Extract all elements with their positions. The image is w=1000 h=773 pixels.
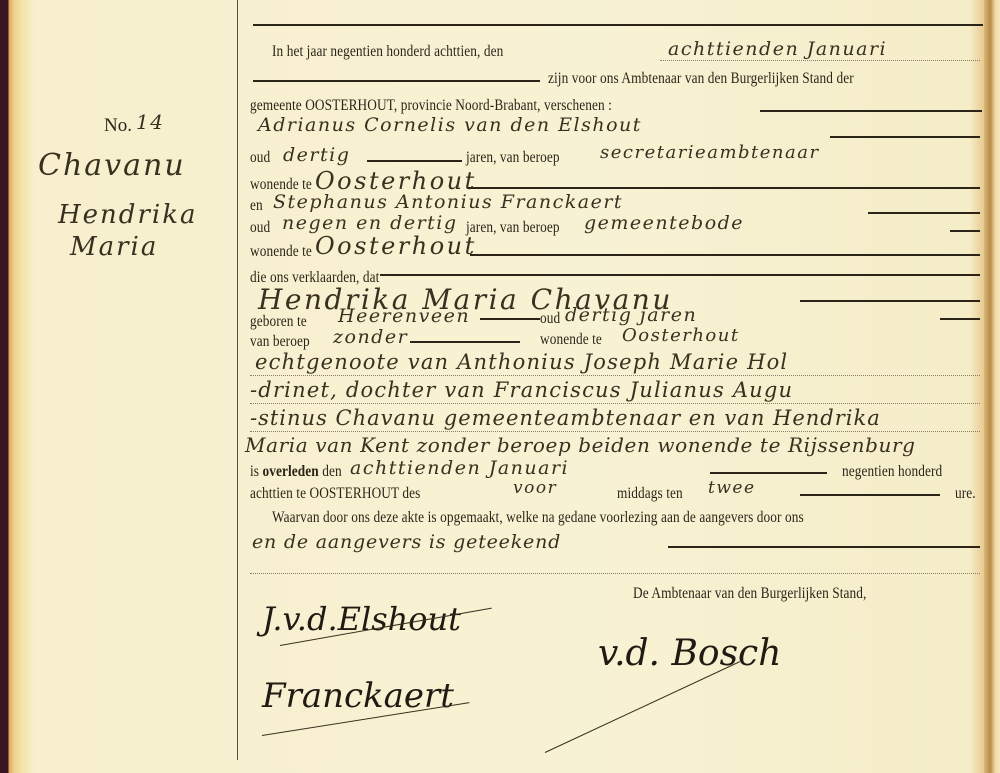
- text-eighteen-at: achttien te OOSTERHOUT des: [250, 485, 420, 503]
- text-appeared-before: zijn voor ons Ambtenaar van den Burgerli…: [548, 70, 854, 88]
- fill-line: [250, 573, 980, 574]
- hand-witness-1-occupation: secretarieambtenaar: [600, 142, 820, 163]
- rule: [367, 160, 462, 162]
- rule: [940, 318, 980, 320]
- text-age-label: oud: [250, 219, 270, 237]
- text-residing-label: wonende te: [250, 243, 312, 261]
- rule: [410, 341, 520, 343]
- text-deceased-on: is overleden den: [250, 463, 342, 481]
- hand-witness-1-name: Adrianus Cornelis van den Elshout: [258, 114, 642, 136]
- rule: [830, 136, 980, 138]
- page-fold: [984, 0, 1000, 773]
- rule: [470, 254, 980, 256]
- text-occupation-label: jaren, van beroep: [466, 219, 560, 237]
- hand-witness-2-residence: Oosterhout: [315, 232, 477, 260]
- fill-line: [250, 403, 980, 404]
- hand-death-date: achttienden Januari: [350, 457, 569, 479]
- rule: [868, 212, 980, 214]
- hand-date-declaration: achttienden Januari: [668, 38, 887, 60]
- fill-line: [250, 431, 980, 432]
- margin-given-name-1: Hendrika: [58, 200, 197, 230]
- text-closing-statement: Waarvan door ons deze akte is opgemaakt,…: [272, 509, 804, 527]
- hand-deceased-occupation: zonder: [333, 326, 408, 348]
- fill-line: [660, 60, 980, 61]
- text-and: en: [250, 197, 263, 215]
- rule: [760, 110, 982, 112]
- hand-witness-1-age: dertig: [283, 144, 350, 166]
- record-number-label: No.: [104, 115, 132, 136]
- fill-line: [250, 375, 980, 376]
- rule: [480, 318, 540, 320]
- rule: [380, 274, 980, 276]
- text-occupation-label: van beroep: [250, 333, 310, 351]
- hand-spouse-line: echtgenoote van Anthonius Joseph Marie H…: [255, 350, 788, 374]
- rule: [950, 230, 980, 232]
- top-rule: [253, 24, 983, 26]
- rule: [668, 546, 980, 548]
- margin-surname: Chavanu: [38, 148, 186, 183]
- rule: [800, 300, 980, 302]
- hand-am-pm: voor: [513, 478, 557, 498]
- hand-parents-line-3: Maria van Kent zonder beroep beiden wone…: [245, 433, 916, 457]
- text-age-label: oud: [250, 149, 270, 167]
- hand-hour: twee: [708, 478, 756, 498]
- text-at-hour: middags ten: [617, 485, 683, 503]
- official-title: De Ambtenaar van den Burgerlijken Stand,: [633, 585, 866, 603]
- hand-deceased-residence: Oosterhout: [622, 325, 740, 346]
- hand-parents-line-1: -drinet, dochter van Franciscus Julianus…: [250, 378, 793, 402]
- hand-witness-2-age: negen en dertig: [282, 212, 458, 234]
- text-hour-suffix: ure.: [955, 485, 976, 503]
- margin-given-name-2: Maria: [70, 232, 158, 262]
- text-occupation-label: jaren, van beroep: [466, 149, 560, 167]
- rule: [800, 494, 940, 496]
- margin-rule: [237, 0, 238, 760]
- text-residing-label: wonende te: [540, 331, 602, 349]
- rule: [710, 472, 827, 474]
- text-age-label: oud: [540, 310, 560, 328]
- hand-witness-2-occupation: gemeentebode: [584, 212, 744, 234]
- signature-official: v.d. Bosch: [598, 633, 781, 674]
- rule: [253, 80, 540, 82]
- hand-parents-line-2: -stinus Chavanu gemeenteambtenaar en van…: [250, 406, 881, 430]
- rule: [468, 187, 980, 189]
- text-nineteen-hundred: negentien honderd: [842, 463, 942, 481]
- record-number-value: 14: [136, 110, 164, 134]
- hand-deceased-age: dertig jaren: [565, 304, 697, 326]
- record-number: No.14: [104, 112, 160, 137]
- hand-birthplace: Heerenveen: [338, 305, 470, 327]
- hand-witness-2-name: Stephanus Antonius Franckaert: [273, 191, 623, 213]
- text-born-at-label: geboren te: [250, 313, 307, 331]
- text-year-intro: In het jaar negentien honderd achttien, …: [272, 43, 503, 61]
- hand-signed-statement: en de aangevers is geteekend: [252, 531, 561, 553]
- text-municipality: gemeente OOSTERHOUT, provincie Noord-Bra…: [250, 97, 612, 115]
